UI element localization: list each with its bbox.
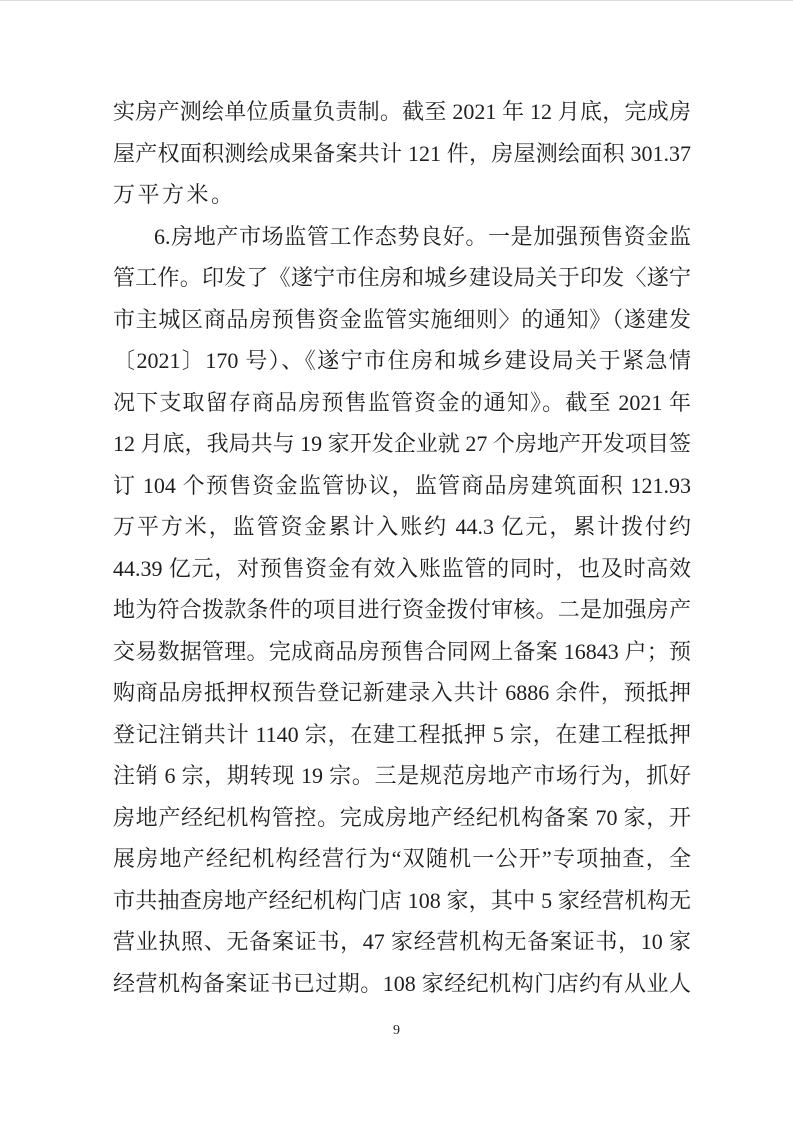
text-line: 12 月底，我局共与 19 家开发企业就 27 个房地产开发项目签: [113, 423, 691, 465]
text-line: 营业执照、无备案证书，47 家经营机构无备案证书，10 家: [113, 921, 691, 963]
document-page: 实房产测绘单位质量负责制。截至 2021 年 12 月底，完成房 屋产权面积测绘…: [0, 0, 793, 1122]
text-line: 购商品房抵押权预告登记新建录入共计 6886 余件，预抵押: [113, 672, 691, 714]
text-line: 交易数据管理。完成商品房预售合同网上备案 16843 户；预: [113, 631, 691, 673]
text-line: 屋产权面积测绘成果备案共计 121 件，房屋测绘面积 301.37: [113, 133, 691, 175]
text-line: 房地产经纪机构管控。完成房地产经纪机构备案 70 家，开: [113, 797, 691, 839]
text-line: 44.39 亿元，对预售资金有效入账监管的同时，也及时高效: [113, 548, 691, 590]
text-line: 展房地产经纪机构经营行为“双随机一公开”专项抽查，全: [113, 838, 691, 880]
text-line: 订 104 个预售资金监管协议，监管商品房建筑面积 121.93: [113, 465, 691, 507]
text-line: 注销 6 宗，期转现 19 宗。三是规范房地产市场行为，抓好: [113, 755, 691, 797]
text-line: 市主城区商品房预售资金监管实施细则〉的通知》（遂建发: [113, 299, 691, 341]
text-line: 地为符合拨款条件的项目进行资金拨付审核。二是加强房产: [113, 589, 691, 631]
text-line: 登记注销共计 1140 宗，在建工程抵押 5 宗，在建工程抵押: [113, 714, 691, 756]
document-body: 实房产测绘单位质量负责制。截至 2021 年 12 月底，完成房 屋产权面积测绘…: [113, 91, 691, 1004]
text-line: 万平方米，监管资金累计入账约 44.3 亿元，累计拨付约: [113, 506, 691, 548]
text-line: 6.房地产市场监管工作态势良好。一是加强预售资金监: [113, 216, 691, 258]
text-line: 管工作。印发了《遂宁市住房和城乡建设局关于印发〈遂宁: [113, 257, 691, 299]
text-line: 况下支取留存商品房预售监管资金的通知》。截至 2021 年: [113, 382, 691, 424]
text-line: 实房产测绘单位质量负责制。截至 2021 年 12 月底，完成房: [113, 91, 691, 133]
page-number: 9: [0, 1021, 793, 1041]
text-line: 市共抽查房地产经纪机构门店 108 家，其中 5 家经营机构无: [113, 880, 691, 922]
text-line: 〔2021〕170 号）、《遂宁市住房和城乡建设局关于紧急情: [113, 340, 691, 382]
text-line: 经营机构备案证书已过期。108 家经纪机构门店约有从业人: [113, 963, 691, 1005]
page-top-edge: [0, 0, 793, 1]
text-line: 万平方米。: [113, 174, 691, 216]
